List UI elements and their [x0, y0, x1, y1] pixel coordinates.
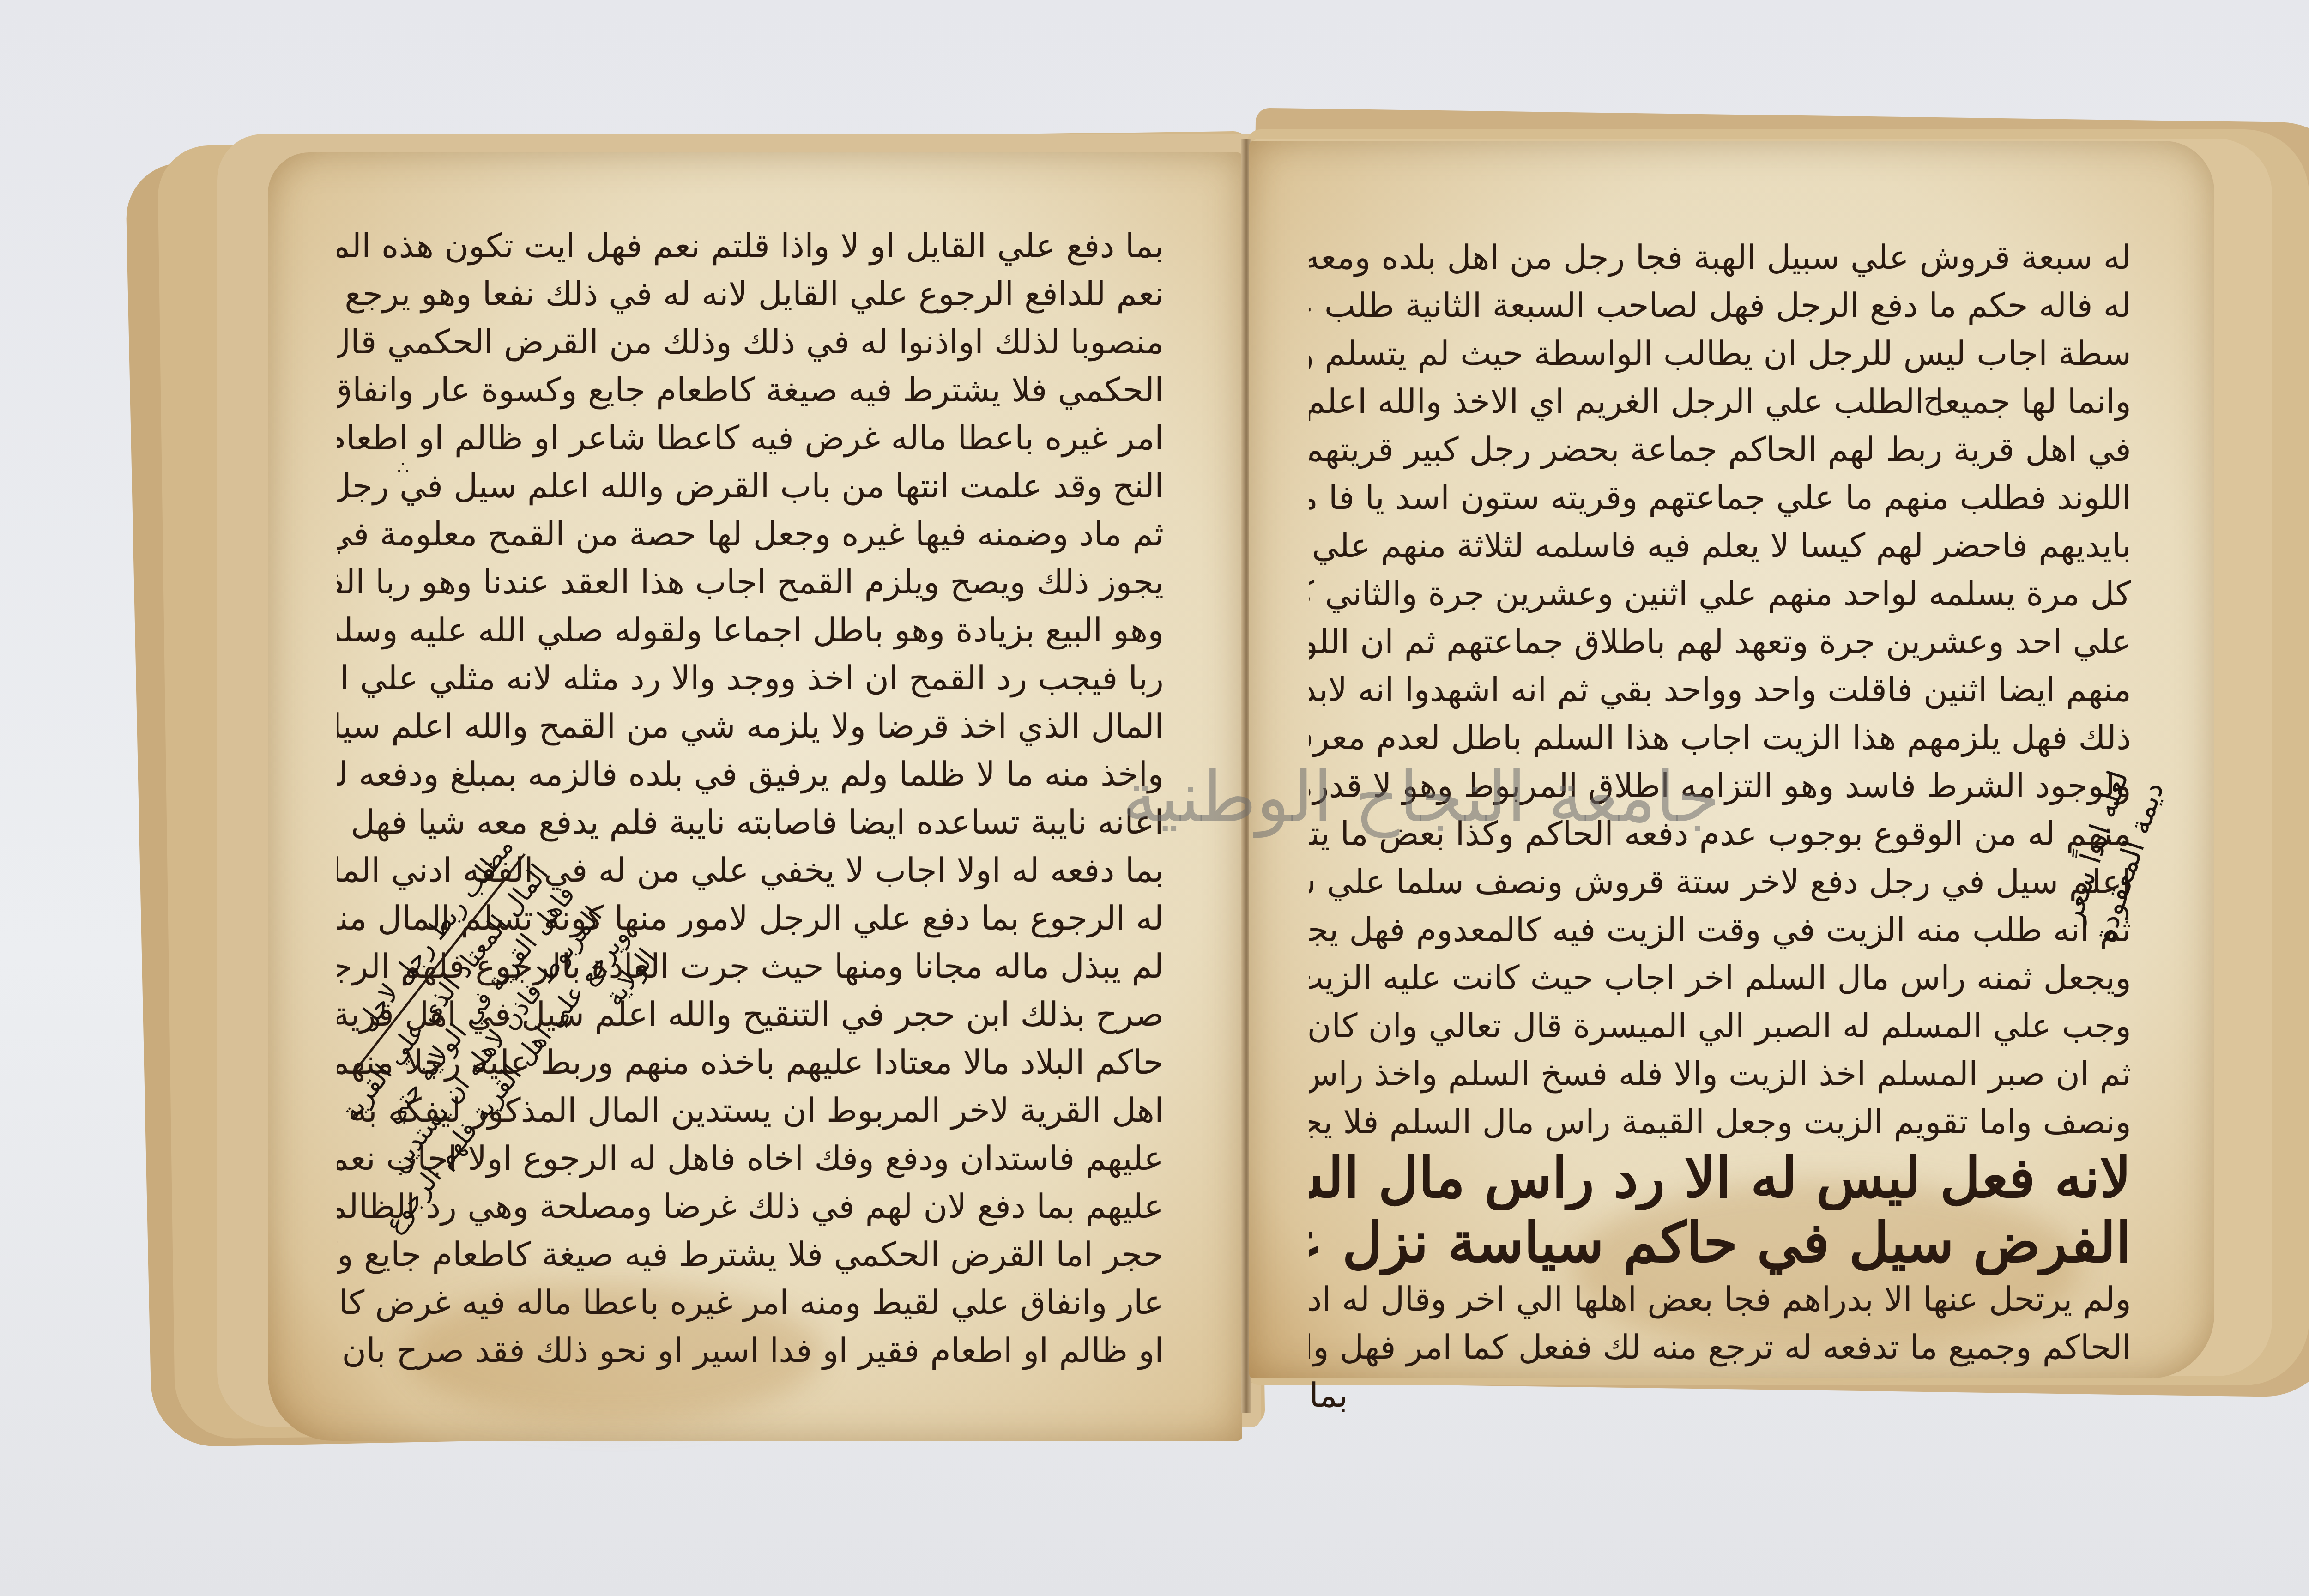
text-line: ذلك فهل يلزمهم هذا الزيت اجاب هذا السلم … — [1309, 713, 2131, 762]
text-line: وجب علي المسلم له الصبر الي الميسرة قال … — [1309, 1002, 2131, 1050]
text-line: كل مرة يسلمه لواحد منهم علي اثنين وعشرين… — [1309, 569, 2131, 617]
text-line: وانما لها جميعا الطلب علي الرجل الغريم ا… — [1309, 377, 2131, 425]
text-line: الحكمي فلا يشترط فيه صيغة كاطعام جايع وك… — [337, 366, 1164, 414]
text-line: او ظالم او اطعام فقير او فدا اسير او نحو… — [337, 1326, 1164, 1374]
text-line: منهم ايضا اثنين فاقلت واحد وواحد بقي ثم … — [1309, 665, 2131, 713]
text-line: سطة اجاب ليس للرجل ان يطالب الواسطة حيث … — [1309, 329, 2131, 377]
text-line: منصوبا لذلك اواذنوا له في ذلك وذلك من ال… — [337, 318, 1164, 366]
text-line: له سبعة قروش علي سبيل الهبة فجا رجل من ا… — [1309, 233, 2131, 281]
text-line: نعم للدافع الرجوع علي القايل لانه له في … — [337, 270, 1164, 318]
text-line: المال الذي اخذ قرضا ولا يلزمه شي من القم… — [337, 702, 1164, 750]
text-line: ويجعل ثمنه راس مال السلم اخر اجاب حيث كا… — [1309, 954, 2131, 1002]
section-heading-line: الفرض سيل في حاكم سياسة نزل علي قرية من … — [1309, 1210, 2131, 1275]
margin-dots-mark: ∴ — [397, 457, 409, 478]
text-line: ثم ان صبر المسلم اخذ الزيت والا فله فسخ … — [1309, 1050, 2131, 1098]
text-line: اللوند فطلب منهم ما علي جماعتهم وقريته س… — [1309, 473, 2131, 521]
text-line: الحاكم وجميع ما تدفعه له ترجع منه لك ففع… — [1309, 1323, 2131, 1371]
text-line: اعانه نايبة تساعده ايضا فاصابته نايبة فل… — [337, 798, 1164, 846]
text-line: ثم انه طلب منه الزيت في وقت الزيت فيه كا… — [1309, 906, 2131, 954]
text-line: ولم يرتحل عنها الا بدراهم فجا بعض اهلها … — [1309, 1275, 2131, 1323]
text-line: عار وانفاق علي لقيط ومنه امر غيره باعطا … — [337, 1278, 1164, 1326]
text-line: ربا فيجب رد القمح ان اخذ ووجد والا رد مث… — [337, 654, 1164, 702]
text-line: له فاله حكم ما دفع الرجل فهل لصاحب السبع… — [1309, 281, 2131, 329]
text-line: وهو البيع بزيادة وهو باطل اجماعا ولقوله … — [337, 606, 1164, 654]
left-page: بما دفع علي القايل او لا واذا قلتم نعم ف… — [268, 152, 1242, 1441]
university-watermark: جامعة النجاح الوطنية — [1122, 757, 1720, 838]
margin-ha-mark: ح — [1923, 383, 1941, 416]
section-heading-line: لانه فعل ليس له الا رد راس مال السلم وال… — [1309, 1146, 2131, 1210]
text-line: واخذ منه ما لا ظلما ولم يرفيق في بلده فا… — [337, 750, 1164, 798]
text-line: في اهل قرية ربط لهم الحاكم جماعة بحضر رج… — [1309, 425, 2131, 473]
text-line: امر غيره باعطا ماله غرض فيه كاعطا شاعر ا… — [337, 414, 1164, 462]
text-line: اعلم سيل في رجل دفع لاخر ستة قروش ونصف س… — [1309, 858, 2131, 906]
text-line: النح وقد علمت انتها من باب القرض والله ا… — [337, 462, 1164, 510]
text-line: ثم ماد وضمنه فيها غيره وجعل لها حصة من ا… — [337, 510, 1164, 558]
open-manuscript: بما دفع علي القايل او لا واذا قلتم نعم ف… — [0, 0, 2309, 1596]
text-line: حجر اما القرض الحكمي فلا يشترط فيه صيغة … — [337, 1230, 1164, 1278]
text-line: ونصف واما تقويم الزيت وجعل القيمة راس ما… — [1309, 1098, 2131, 1146]
text-line: يجوز ذلك ويصح ويلزم القمح اجاب هذا العقد… — [337, 558, 1164, 606]
catchword: بما — [1309, 1371, 2131, 1419]
text-line: بما دفع علي القايل او لا واذا قلتم نعم ف… — [337, 222, 1164, 270]
text-line: بايديهم فاحضر لهم كيسا لا يعلم فيه فاسلم… — [1309, 521, 2131, 569]
text-line: علي احد وعشرين جرة وتعهد لهم باطلاق جماع… — [1309, 617, 2131, 665]
